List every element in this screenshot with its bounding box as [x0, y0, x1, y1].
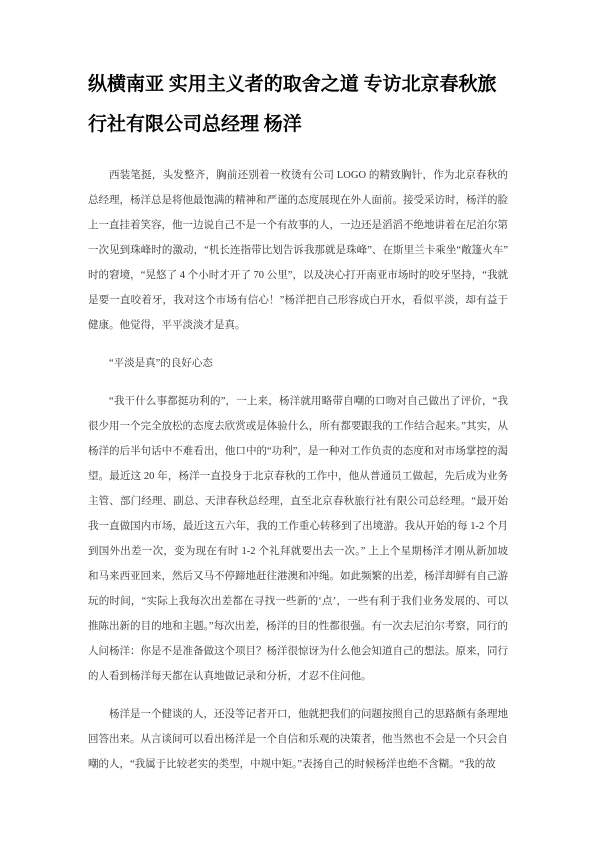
section-heading: “平淡是真”的良好心态	[88, 351, 508, 376]
paragraph-career: “我干什么事都挺功利的”，一上来，杨洋就用略带自嘲的口吻对自己做出了评价，“我很…	[88, 389, 508, 689]
paragraph-character: 杨洋是一个健谈的人，还没等记者开口，他就把我们的问题按照自己的思路颇有条理地回答…	[88, 702, 508, 777]
article-title: 纵横南亚 实用主义者的取舍之道 专访北京春秋旅行社有限公司总经理 杨洋	[88, 65, 508, 145]
document-page: 纵横南亚 实用主义者的取舍之道 专访北京春秋旅行社有限公司总经理 杨洋 西装笔挺…	[0, 0, 595, 842]
paragraph-intro: 西装笔挺，头发整齐，胸前还别着一枚烫有公司 LOGO 的精致胸针，作为北京春秋的…	[88, 163, 508, 338]
